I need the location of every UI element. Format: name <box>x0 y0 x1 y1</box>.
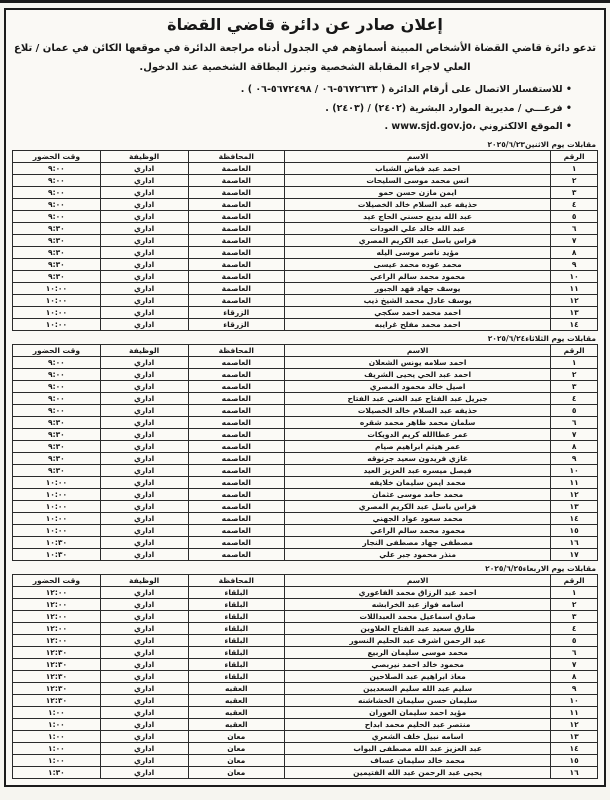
cell-gov: العقبه <box>188 706 285 718</box>
cell-job: اداري <box>100 356 188 368</box>
bullet-website: الموقع الالكتروني ،www.sjd.gov.jo . <box>12 118 572 137</box>
cell-num: ٦ <box>551 222 598 234</box>
cell-job: اداري <box>100 622 188 634</box>
cell-name: عبد الرحمن اشرف عبد الحليم النسور <box>285 634 551 646</box>
cell-time: ٩:٠٠ <box>13 368 101 380</box>
col-header-number: الرقم <box>551 150 598 162</box>
cell-gov: العاصمه <box>188 548 285 560</box>
cell-job: اداري <box>100 174 188 186</box>
cell-gov: العاصمة <box>188 294 285 306</box>
table-row: ٤حذيفه عبد السلام خالد الخصيلاتالعاصمةاد… <box>13 198 598 210</box>
cell-time: ١٠:٠٠ <box>13 476 101 488</box>
table-row: ١٤عبد العزيز عبد الله مصطفى البوابمعاناد… <box>13 742 598 754</box>
cell-num: ٦ <box>551 416 598 428</box>
table-row: ٥حذيفه عبد السلام خالد الخصيلاتالعاصمهاد… <box>13 404 598 416</box>
cell-time: ٩:٠٠ <box>13 186 101 198</box>
cell-gov: العاصمة <box>188 198 285 210</box>
cell-time: ٩:٣٠ <box>13 234 101 246</box>
cell-name: مؤيد ناصر موسى اليله <box>285 246 551 258</box>
cell-time: ٩:٣٠ <box>13 270 101 282</box>
cell-num: ٧ <box>551 234 598 246</box>
cell-gov: العاصمه <box>188 392 285 404</box>
table-row: ١٦مصطفى جهاد مصطفى النجارالعاصمهاداري١٠:… <box>13 536 598 548</box>
table-row: ٩سليم عبد الله سليم السعديينالعقبهاداري١… <box>13 682 598 694</box>
cell-job: اداري <box>100 246 188 258</box>
cell-num: ١٦ <box>551 766 598 778</box>
cell-name: عبد الله بديع حسني الحاج عيد <box>285 210 551 222</box>
info-bullets: للاستفسار الاتصال على أرقام الدائرة ( ‭٠… <box>12 81 572 137</box>
day-label-tuesday: مقابلات يوم الثلاثاء٢٠٢٥/٦/٢٤ <box>12 334 596 343</box>
col-header-job: الوظيفة <box>100 574 188 586</box>
cell-name: احمد عبد الرزاق محمد الفاعوري <box>285 586 551 598</box>
cell-name: سلمان محمد ظاهر محمد شقره <box>285 416 551 428</box>
cell-job: اداري <box>100 464 188 476</box>
cell-num: ١١ <box>551 282 598 294</box>
cell-gov: العاصمة <box>188 270 285 282</box>
table-row: ١احمد عبد فياض الشبابالعاصمةاداري٩:٠٠ <box>13 162 598 174</box>
cell-num: ٣ <box>551 186 598 198</box>
cell-num: ١٤ <box>551 742 598 754</box>
cell-job: اداري <box>100 476 188 488</box>
col-header-time: وقت الحضور <box>13 150 101 162</box>
table-header-row: الرقم الاسم المحافظة الوظيفة وقت الحضور <box>13 574 598 586</box>
cell-gov: البلقاء <box>188 658 285 670</box>
cell-job: اداري <box>100 754 188 766</box>
cell-name: محمود محمد سالم الراعي <box>285 270 551 282</box>
cell-name: يوسف عادل محمد الشيخ ذيب <box>285 294 551 306</box>
cell-num: ١٦ <box>551 536 598 548</box>
cell-name: فراس باسل عبد الكريم المصري <box>285 234 551 246</box>
cell-time: ١٢:٠٠ <box>13 634 101 646</box>
cell-job: اداري <box>100 670 188 682</box>
col-header-number: الرقم <box>551 574 598 586</box>
cell-gov: العاصمة <box>188 222 285 234</box>
cell-num: ١٧ <box>551 548 598 560</box>
table-row: ٢احمد عبد الحي يحيى الشريفالعاصمهاداري٩:… <box>13 368 598 380</box>
cell-job: اداري <box>100 500 188 512</box>
cell-time: ٩:٣٠ <box>13 416 101 428</box>
cell-num: ٩ <box>551 682 598 694</box>
cell-job: اداري <box>100 440 188 452</box>
cell-gov: البلقاء <box>188 586 285 598</box>
cell-name: يوسف جهاد فهد الجبور <box>285 282 551 294</box>
cell-num: ٨ <box>551 246 598 258</box>
cell-time: ٩:٣٠ <box>13 452 101 464</box>
cell-name: اصيل خالد محمود المصري <box>285 380 551 392</box>
cell-gov: معان <box>188 730 285 742</box>
cell-gov: العاصمه <box>188 476 285 488</box>
cell-gov: العاصمه <box>188 464 285 476</box>
cell-gov: العاصمه <box>188 428 285 440</box>
cell-num: ١ <box>551 586 598 598</box>
col-header-name: الاسم <box>285 344 551 356</box>
cell-name: سليمان حسن سليمان الخشاشنه <box>285 694 551 706</box>
day-label-wednesday: مقابلات يوم الاربعاء٢٠٢٥/٦/٢٥ <box>12 564 596 573</box>
cell-time: ١٢:٣٠ <box>13 694 101 706</box>
cell-time: ١:٣٠ <box>13 766 101 778</box>
cell-time: ٩:٣٠ <box>13 464 101 476</box>
cell-time: ١٠:٠٠ <box>13 500 101 512</box>
table-row: ١٢يوسف عادل محمد الشيخ ذيبالعاصمةاداري١٠… <box>13 294 598 306</box>
table-row: ٧فراس باسل عبد الكريم المصريالعاصمةاداري… <box>13 234 598 246</box>
table-row: ٧محمود خالد احمد نيربصيالبلقاءاداري١٢:٣٠ <box>13 658 598 670</box>
cell-name: منذر محمود جبر علي <box>285 548 551 560</box>
table-row: ٢اسامه فواز عبد الخرابشهالبلقاءاداري١٢:٠… <box>13 598 598 610</box>
table-row: ٨مؤيد ناصر موسى اليلهالعاصمةاداري٩:٣٠ <box>13 246 598 258</box>
cell-job: اداري <box>100 766 188 778</box>
cell-job: اداري <box>100 634 188 646</box>
cell-num: ١١ <box>551 706 598 718</box>
table-row: ١٢منتصر عبد الحليم محمد ابداحالعقبهاداري… <box>13 718 598 730</box>
cell-name: مصطفى جهاد مصطفى النجار <box>285 536 551 548</box>
cell-name: حذيفه عبد السلام خالد الخصيلات <box>285 404 551 416</box>
cell-name: محمود خالد احمد نيربصي <box>285 658 551 670</box>
cell-time: ١:٠٠ <box>13 718 101 730</box>
cell-time: ١:٠٠ <box>13 706 101 718</box>
cell-name: محمد عوده محمد عيسى <box>285 258 551 270</box>
table-row: ١٠محمود محمد سالم الراعيالعاصمةاداري٩:٣٠ <box>13 270 598 282</box>
cell-job: اداري <box>100 270 188 282</box>
cell-name: فيصل ميسره عبد العزيز العيد <box>285 464 551 476</box>
cell-job: اداري <box>100 198 188 210</box>
cell-name: منتصر عبد الحليم محمد ابداح <box>285 718 551 730</box>
table-row: ١٢محمد حامد موسى عثمانالعاصمهاداري١٠:٠٠ <box>13 488 598 500</box>
table-row: ٣اصيل خالد محمود المصريالعاصمهاداري٩:٠٠ <box>13 380 598 392</box>
cell-gov: البلقاء <box>188 610 285 622</box>
col-header-name: الاسم <box>285 150 551 162</box>
cell-name: عمر هيثم ابراهيم صيام <box>285 440 551 452</box>
cell-num: ٩ <box>551 452 598 464</box>
table-row: ١٤احمد محمد مفلح غرايبهالزرقاءاداري١٠:٠٠ <box>13 318 598 330</box>
cell-gov: العاصمه <box>188 440 285 452</box>
cell-num: ١٤ <box>551 512 598 524</box>
col-header-governorate: المحافظة <box>188 344 285 356</box>
table-row: ٨عمر هيثم ابراهيم صيامالعاصمهاداري٩:٣٠ <box>13 440 598 452</box>
table-row: ١٠سليمان حسن سليمان الخشاشنهالعقبهاداري١… <box>13 694 598 706</box>
cell-num: ٥ <box>551 210 598 222</box>
table-row: ١احمد سلامه يونس الشعلانالعاصمهاداري٩:٠٠ <box>13 356 598 368</box>
cell-gov: البلقاء <box>188 622 285 634</box>
cell-gov: العاصمة <box>188 210 285 222</box>
table-row: ٧عمر عطاالله كريم الدويكاتالعاصمهاداري٩:… <box>13 428 598 440</box>
table-row: ٥عبد الرحمن اشرف عبد الحليم النسورالبلقا… <box>13 634 598 646</box>
cell-gov: العاصمة <box>188 162 285 174</box>
cell-gov: العاصمة <box>188 258 285 270</box>
cell-gov: العاصمة <box>188 234 285 246</box>
cell-gov: البلقاء <box>188 646 285 658</box>
cell-gov: العقبه <box>188 694 285 706</box>
table-row: ١٣فراس باسل عبد الكريم المصريالعاصمهادار… <box>13 500 598 512</box>
cell-name: عمر عطاالله كريم الدويكات <box>285 428 551 440</box>
cell-gov: العاصمه <box>188 452 285 464</box>
cell-job: اداري <box>100 742 188 754</box>
table-row: ١احمد عبد الرزاق محمد الفاعوريالبلقاءادا… <box>13 586 598 598</box>
cell-job: اداري <box>100 524 188 536</box>
cell-name: محمد حامد موسى عثمان <box>285 488 551 500</box>
cell-time: ١٢:٣٠ <box>13 682 101 694</box>
cell-num: ٥ <box>551 634 598 646</box>
section-wednesday: مقابلات يوم الاربعاء٢٠٢٥/٦/٢٥ الرقم الاس… <box>12 564 598 779</box>
cell-gov: معان <box>188 754 285 766</box>
cell-name: احمد محمد مفلح غرايبه <box>285 318 551 330</box>
cell-job: اداري <box>100 404 188 416</box>
scanned-announcement-document: { "header": { "title": "إعلان صادر عن دا… <box>0 0 610 800</box>
cell-name: طارق سعيد عبد الفتاح العلاوين <box>285 622 551 634</box>
cell-num: ٢ <box>551 174 598 186</box>
page-title: إعلان صادر عن دائرة قاضي القضاة <box>12 15 598 34</box>
cell-job: اداري <box>100 706 188 718</box>
table-row: ٣صادق اسماعيل محمد العبداللاتالبلقاءادار… <box>13 610 598 622</box>
cell-name: احمد عبد الحي يحيى الشريف <box>285 368 551 380</box>
table-row: ١٥محمد خالد سليمان عسافمعاناداري١:٠٠ <box>13 754 598 766</box>
cell-num: ٢ <box>551 598 598 610</box>
cell-time: ٩:٠٠ <box>13 404 101 416</box>
cell-time: ٩:٣٠ <box>13 246 101 258</box>
cell-num: ١٢ <box>551 294 598 306</box>
cell-num: ٨ <box>551 670 598 682</box>
cell-time: ١٠:٠٠ <box>13 512 101 524</box>
table-row: ٦سلمان محمد ظاهر محمد شقرهالعاصمهاداري٩:… <box>13 416 598 428</box>
cell-num: ١٠ <box>551 270 598 282</box>
table-header-row: الرقم الاسم المحافظة الوظيفة وقت الحضور <box>13 150 598 162</box>
cell-num: ١٣ <box>551 306 598 318</box>
cell-time: ١:٠٠ <box>13 742 101 754</box>
cell-num: ١٣ <box>551 730 598 742</box>
cell-job: اداري <box>100 730 188 742</box>
col-header-time: وقت الحضور <box>13 344 101 356</box>
table-row: ٦عبد الله خالد علي العوداتالعاصمةاداري٩:… <box>13 222 598 234</box>
cell-gov: العاصمه <box>188 404 285 416</box>
cell-job: اداري <box>100 210 188 222</box>
page-top-edge-line <box>0 0 610 3</box>
cell-gov: العاصمة <box>188 186 285 198</box>
interview-table-wednesday: الرقم الاسم المحافظة الوظيفة وقت الحضور … <box>12 574 598 779</box>
cell-num: ٣ <box>551 380 598 392</box>
cell-time: ١٢:٠٠ <box>13 586 101 598</box>
cell-name: صادق اسماعيل محمد العبداللات <box>285 610 551 622</box>
cell-num: ٧ <box>551 658 598 670</box>
col-header-name: الاسم <box>285 574 551 586</box>
cell-job: اداري <box>100 162 188 174</box>
cell-name: محمد سعود عواد الجهني <box>285 512 551 524</box>
cell-gov: العاصمه <box>188 524 285 536</box>
cell-gov: البلقاء <box>188 634 285 646</box>
cell-name: محمد موسى سليمان الربيع <box>285 646 551 658</box>
intro-text: تدعو دائرة قاضي القضاة الأشخاص المبينة أ… <box>14 39 596 77</box>
table-row: ١٥محمود محمد سالم الراعيالعاصمهاداري١٠:٠… <box>13 524 598 536</box>
cell-time: ٩:٠٠ <box>13 356 101 368</box>
cell-job: اداري <box>100 416 188 428</box>
interview-table-tuesday: الرقم الاسم المحافظة الوظيفة وقت الحضور … <box>12 344 598 561</box>
cell-gov: العاصمة <box>188 174 285 186</box>
cell-num: ١٠ <box>551 464 598 476</box>
cell-name: احمد محمد احمد سكجي <box>285 306 551 318</box>
cell-num: ٦ <box>551 646 598 658</box>
cell-name: سليم عبد الله سليم السعديين <box>285 682 551 694</box>
cell-num: ١٢ <box>551 488 598 500</box>
cell-time: ٩:٠٠ <box>13 174 101 186</box>
cell-num: ١ <box>551 162 598 174</box>
cell-time: ٩:٠٠ <box>13 162 101 174</box>
cell-gov: العاصمه <box>188 536 285 548</box>
cell-gov: العاصمة <box>188 282 285 294</box>
cell-job: اداري <box>100 598 188 610</box>
table-row: ١٣احمد محمد احمد سكجيالزرقاءاداري١٠:٠٠ <box>13 306 598 318</box>
cell-name: حذيفه عبد السلام خالد الخصيلات <box>285 198 551 210</box>
cell-time: ١٠:٣٠ <box>13 548 101 560</box>
cell-time: ١٢:٠٠ <box>13 610 101 622</box>
col-header-governorate: المحافظة <box>188 574 285 586</box>
cell-time: ١٠:٠٠ <box>13 524 101 536</box>
cell-name: محمد ايمن سليمان خلايفه <box>285 476 551 488</box>
cell-job: اداري <box>100 186 188 198</box>
cell-job: اداري <box>100 488 188 500</box>
table-row: ٤جبريل عبد الفتاح عبد الغني عبد الفتاحال… <box>13 392 598 404</box>
cell-time: ١:٠٠ <box>13 730 101 742</box>
cell-num: ٧ <box>551 428 598 440</box>
cell-time: ١٠:٠٠ <box>13 318 101 330</box>
cell-gov: معان <box>188 742 285 754</box>
cell-time: ١٠:٠٠ <box>13 294 101 306</box>
table-row: ١١محمد ايمن سليمان خلايفهالعاصمهاداري١٠:… <box>13 476 598 488</box>
cell-num: ١٢ <box>551 718 598 730</box>
cell-name: يحيى عبد الرحمن عبد الله الفتيمين <box>285 766 551 778</box>
cell-time: ٩:٣٠ <box>13 428 101 440</box>
cell-time: ٩:٣٠ <box>13 222 101 234</box>
cell-num: ٥ <box>551 404 598 416</box>
cell-gov: الزرقاء <box>188 306 285 318</box>
cell-time: ١٢:٠٠ <box>13 598 101 610</box>
cell-job: اداري <box>100 368 188 380</box>
cell-gov: معان <box>188 766 285 778</box>
cell-gov: البلقاء <box>188 670 285 682</box>
cell-num: ٩ <box>551 258 598 270</box>
cell-num: ٤ <box>551 622 598 634</box>
cell-num: ١٥ <box>551 524 598 536</box>
cell-job: اداري <box>100 512 188 524</box>
cell-name: عبد الله خالد علي العودات <box>285 222 551 234</box>
col-header-time: وقت الحضور <box>13 574 101 586</box>
cell-name: انس محمد موسى السليحات <box>285 174 551 186</box>
cell-time: ١٢:٠٠ <box>13 622 101 634</box>
cell-name: محمد خالد سليمان عساف <box>285 754 551 766</box>
cell-job: اداري <box>100 586 188 598</box>
cell-time: ١:٠٠ <box>13 754 101 766</box>
cell-time: ٩:٠٠ <box>13 198 101 210</box>
cell-time: ١٢:٣٠ <box>13 658 101 670</box>
cell-gov: العقبه <box>188 718 285 730</box>
cell-gov: العاصمه <box>188 488 285 500</box>
cell-num: ١٠ <box>551 694 598 706</box>
cell-name: اسامه نبيل خلف الشعري <box>285 730 551 742</box>
cell-time: ١٢:٣٠ <box>13 646 101 658</box>
cell-name: معاذ ابراهيم عبد الصلاحين <box>285 670 551 682</box>
cell-job: اداري <box>100 610 188 622</box>
cell-num: ٨ <box>551 440 598 452</box>
cell-name: ايمن مازن حسن حمو <box>285 186 551 198</box>
cell-num: ١٥ <box>551 754 598 766</box>
table-row: ٣ايمن مازن حسن حموالعاصمةاداري٩:٠٠ <box>13 186 598 198</box>
table-row: ١١مؤيد احمد سليمان العورانالعقبهاداري١:٠… <box>13 706 598 718</box>
cell-name: احمد عبد فياض الشباب <box>285 162 551 174</box>
bullet-phone-numbers: للاستفسار الاتصال على أرقام الدائرة ( ‭٠… <box>12 81 572 100</box>
cell-time: ١٠:٠٠ <box>13 488 101 500</box>
table-row: ٩غازي فريدون سعيد جرنوقهالعاصمهاداري٩:٣٠ <box>13 452 598 464</box>
table-row: ١٦يحيى عبد الرحمن عبد الله الفتيمينمعانا… <box>13 766 598 778</box>
cell-time: ٩:٣٠ <box>13 258 101 270</box>
cell-job: اداري <box>100 294 188 306</box>
cell-job: اداري <box>100 646 188 658</box>
cell-gov: العاصمة <box>188 246 285 258</box>
table-row: ٨معاذ ابراهيم عبد الصلاحينالبلقاءاداري١٢… <box>13 670 598 682</box>
cell-gov: العاصمه <box>188 512 285 524</box>
cell-gov: العاصمه <box>188 368 285 380</box>
cell-job: اداري <box>100 282 188 294</box>
cell-job: اداري <box>100 380 188 392</box>
cell-job: اداري <box>100 718 188 730</box>
table-row: ٤طارق سعيد عبد الفتاح العلاوينالبلقاءادا… <box>13 622 598 634</box>
cell-num: ٤ <box>551 198 598 210</box>
cell-job: اداري <box>100 548 188 560</box>
cell-time: ٩:٠٠ <box>13 210 101 222</box>
cell-num: ٢ <box>551 368 598 380</box>
cell-job: اداري <box>100 536 188 548</box>
cell-name: محمود محمد سالم الراعي <box>285 524 551 536</box>
cell-gov: العاصمه <box>188 500 285 512</box>
cell-name: عبد العزيز عبد الله مصطفى البواب <box>285 742 551 754</box>
col-header-number: الرقم <box>551 344 598 356</box>
cell-job: اداري <box>100 222 188 234</box>
cell-name: فراس باسل عبد الكريم المصري <box>285 500 551 512</box>
cell-name: احمد سلامه يونس الشعلان <box>285 356 551 368</box>
cell-gov: الزرقاء <box>188 318 285 330</box>
table-row: ٢انس محمد موسى السليحاتالعاصمةاداري٩:٠٠ <box>13 174 598 186</box>
col-header-job: الوظيفة <box>100 150 188 162</box>
cell-time: ١٢:٣٠ <box>13 670 101 682</box>
section-monday: مقابلات يوم الاثنين٢٠٢٥/٦/٢٣ الرقم الاسم… <box>12 140 598 331</box>
cell-gov: العاصمه <box>188 416 285 428</box>
cell-gov: العاصمه <box>188 380 285 392</box>
table-row: ١٧منذر محمود جبر عليالعاصمهاداري١٠:٣٠ <box>13 548 598 560</box>
interview-table-monday: الرقم الاسم المحافظة الوظيفة وقت الحضور … <box>12 150 598 331</box>
table-row: ١٠فيصل ميسره عبد العزيز العيدالعاصمهادار… <box>13 464 598 476</box>
table-row: ١١يوسف جهاد فهد الجبورالعاصمةاداري١٠:٠٠ <box>13 282 598 294</box>
table-row: ٩محمد عوده محمد عيسىالعاصمةاداري٩:٣٠ <box>13 258 598 270</box>
cell-job: اداري <box>100 318 188 330</box>
day-label-monday: مقابلات يوم الاثنين٢٠٢٥/٦/٢٣ <box>12 140 596 149</box>
cell-name: مؤيد احمد سليمان العوران <box>285 706 551 718</box>
cell-time: ١٠:٣٠ <box>13 536 101 548</box>
col-header-governorate: المحافظة <box>188 150 285 162</box>
table-row: ١٤محمد سعود عواد الجهنيالعاصمهاداري١٠:٠٠ <box>13 512 598 524</box>
table-row: ١٣اسامه نبيل خلف الشعريمعاناداري١:٠٠ <box>13 730 598 742</box>
cell-time: ١٠:٠٠ <box>13 306 101 318</box>
cell-job: اداري <box>100 452 188 464</box>
cell-num: ١٣ <box>551 500 598 512</box>
document-frame: إعلان صادر عن دائرة قاضي القضاة تدعو دائ… <box>4 8 606 787</box>
cell-job: اداري <box>100 392 188 404</box>
table-row: ٥عبد الله بديع حسني الحاج عيدالعاصمةادار… <box>13 210 598 222</box>
cell-job: اداري <box>100 258 188 270</box>
cell-num: ١ <box>551 356 598 368</box>
table-row: ٦محمد موسى سليمان الربيعالبلقاءاداري١٢:٣… <box>13 646 598 658</box>
cell-time: ١٠:٠٠ <box>13 282 101 294</box>
table-header-row: الرقم الاسم المحافظة الوظيفة وقت الحضور <box>13 344 598 356</box>
cell-num: ٤ <box>551 392 598 404</box>
cell-gov: البلقاء <box>188 598 285 610</box>
cell-job: اداري <box>100 682 188 694</box>
cell-job: اداري <box>100 234 188 246</box>
